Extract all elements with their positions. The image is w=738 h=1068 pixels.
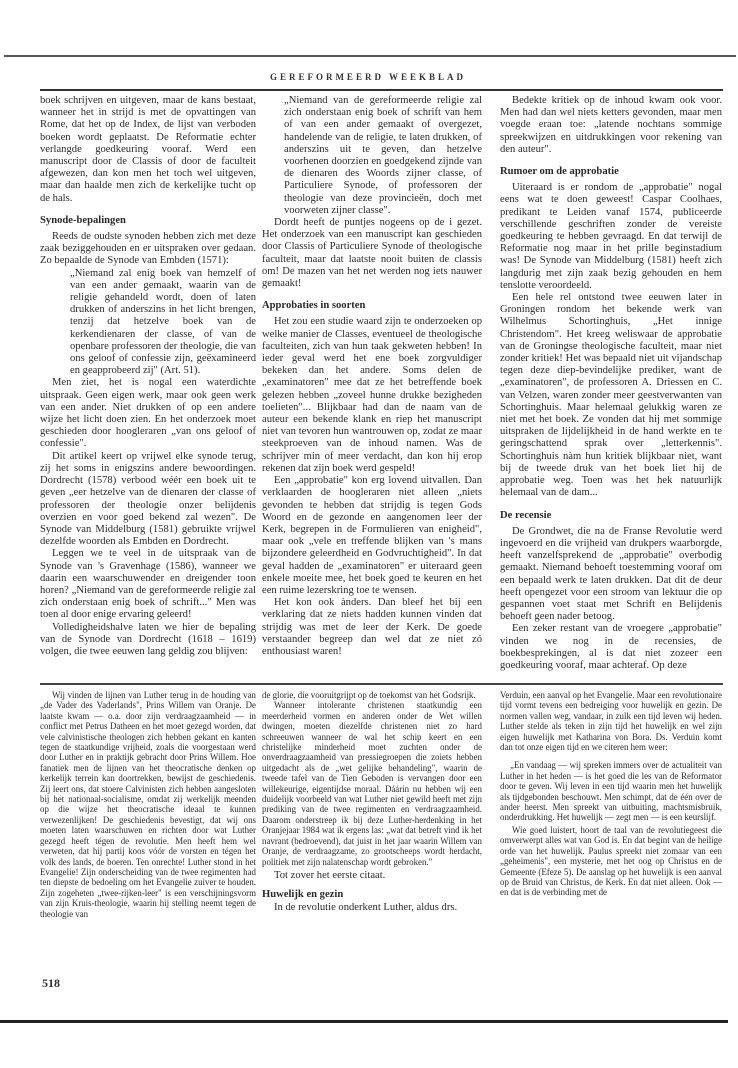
- paragraph: Reeds de oudste synoden hebben zich met …: [40, 231, 256, 268]
- paragraph: Dordt heeft de puntjes nogeens op de i g…: [262, 217, 482, 290]
- paragraph: Men ziet, het is nogal een waterdichte u…: [40, 377, 256, 450]
- paragraph: Het kon ook ànders. Dan bleef het bij ee…: [262, 597, 482, 658]
- paragraph: de glorie, die vooruitgrijpt op de toeko…: [262, 690, 482, 700]
- paragraph: De Grondwet, die na de Franse Revolutie …: [500, 526, 722, 624]
- section-heading: Approbaties in soorten: [262, 300, 482, 312]
- paragraph: Wij vinden de lijnen van Luther terug in…: [40, 690, 256, 919]
- section-heading: De recensie: [500, 510, 722, 522]
- paragraph: Een „approbatie" kon erg lovend uitvalle…: [262, 475, 482, 597]
- quotation: „Niemand zal enig boek van hemzelf of va…: [70, 268, 256, 378]
- paragraph: Een hele rel ontstond twee eeuwen later …: [500, 292, 722, 499]
- section-heading: Huwelijk en gezin: [262, 890, 482, 900]
- paragraph: Uiteraard is er rondom de „approbatie" n…: [500, 182, 722, 292]
- header-rule: [40, 89, 723, 91]
- paragraph: Wie goed luistert, hoort de taal van de …: [500, 825, 722, 898]
- quotation: „En vandaag — wij spreken immers over de…: [500, 760, 722, 822]
- article-column-1: boek schrijven en uitgeven, maar de kans…: [40, 95, 256, 658]
- paragraph: Dit artikel keert op vrijwel elke synode…: [40, 451, 256, 549]
- paragraph: Leggen we te veel in de uitspraak van de…: [40, 548, 256, 621]
- article-divider: [40, 683, 723, 685]
- section-heading: Rumoer om de approbatie: [500, 166, 722, 178]
- paragraph: Tot zover het eerste citaat.: [262, 870, 482, 882]
- article-column-3: Bedekte kritiek op de inhoud kwam ook vo…: [500, 95, 722, 672]
- paragraph: Een zeker restant van de vroegere „appro…: [500, 623, 722, 672]
- lower-article-column-2: de glorie, die vooruitgrijpt op de toeko…: [262, 690, 482, 914]
- top-scan-rule: [4, 55, 736, 57]
- page-number: 518: [42, 976, 60, 991]
- paragraph: Volledigheidshalve laten we hier de bepa…: [40, 622, 256, 659]
- paragraph: In de revolutie onderkent Luther, aldus …: [262, 902, 482, 914]
- masthead: GEREFORMEERD WEEKBLAD: [268, 72, 468, 82]
- paragraph: Verduin, een aanval op het Evangelie. Ma…: [500, 690, 722, 752]
- paragraph: Bedekte kritiek op de inhoud kwam ook vo…: [500, 95, 722, 156]
- paragraph: boek schrijven en uitgeven, maar de kans…: [40, 95, 256, 205]
- quotation: „Niemand van de gereformeerde religie za…: [284, 95, 482, 217]
- paragraph: Wanneer intolerante christenen staatkund…: [262, 700, 482, 867]
- paragraph: Het zou een studie waard zijn te onderzo…: [262, 316, 482, 475]
- bottom-scan-rule: [0, 1020, 728, 1023]
- section-heading: Synode-bepalingen: [40, 215, 256, 227]
- lower-article-column-3: Verduin, een aanval op het Evangelie. Ma…: [500, 690, 722, 898]
- article-column-2: „Niemand van de gereformeerde religie za…: [262, 95, 482, 658]
- lower-article-column-1: Wij vinden de lijnen van Luther terug in…: [40, 690, 256, 919]
